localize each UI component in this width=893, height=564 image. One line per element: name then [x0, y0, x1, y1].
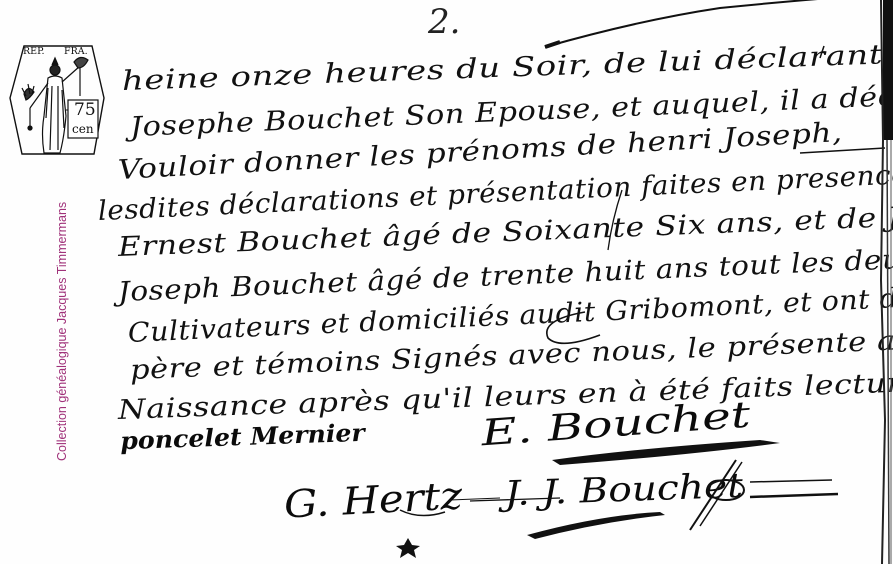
stamp-label-fra: FRA.	[64, 46, 88, 57]
star-mark-icon	[396, 538, 420, 558]
revenue-stamp: REP. FRA. 75 cen	[8, 38, 106, 160]
stamp-value-number: 75	[74, 100, 96, 120]
signature-underline-2	[527, 512, 665, 539]
stamp-value-unit: cen	[72, 122, 94, 136]
collection-watermark: Collection généalogique Jacques Timmerma…	[55, 202, 69, 461]
signature-jj-bouchet: J. J. Bouchet	[504, 466, 744, 514]
stamp-label-rep: REP.	[23, 46, 45, 57]
top-flourish-stroke	[545, 0, 830, 47]
signature-hertz: G. Hertz	[283, 473, 464, 526]
document-page: 2. REP. FRA. 7	[0, 0, 893, 564]
page-number: 2.	[428, 2, 460, 42]
page-binding-edge	[877, 0, 893, 564]
